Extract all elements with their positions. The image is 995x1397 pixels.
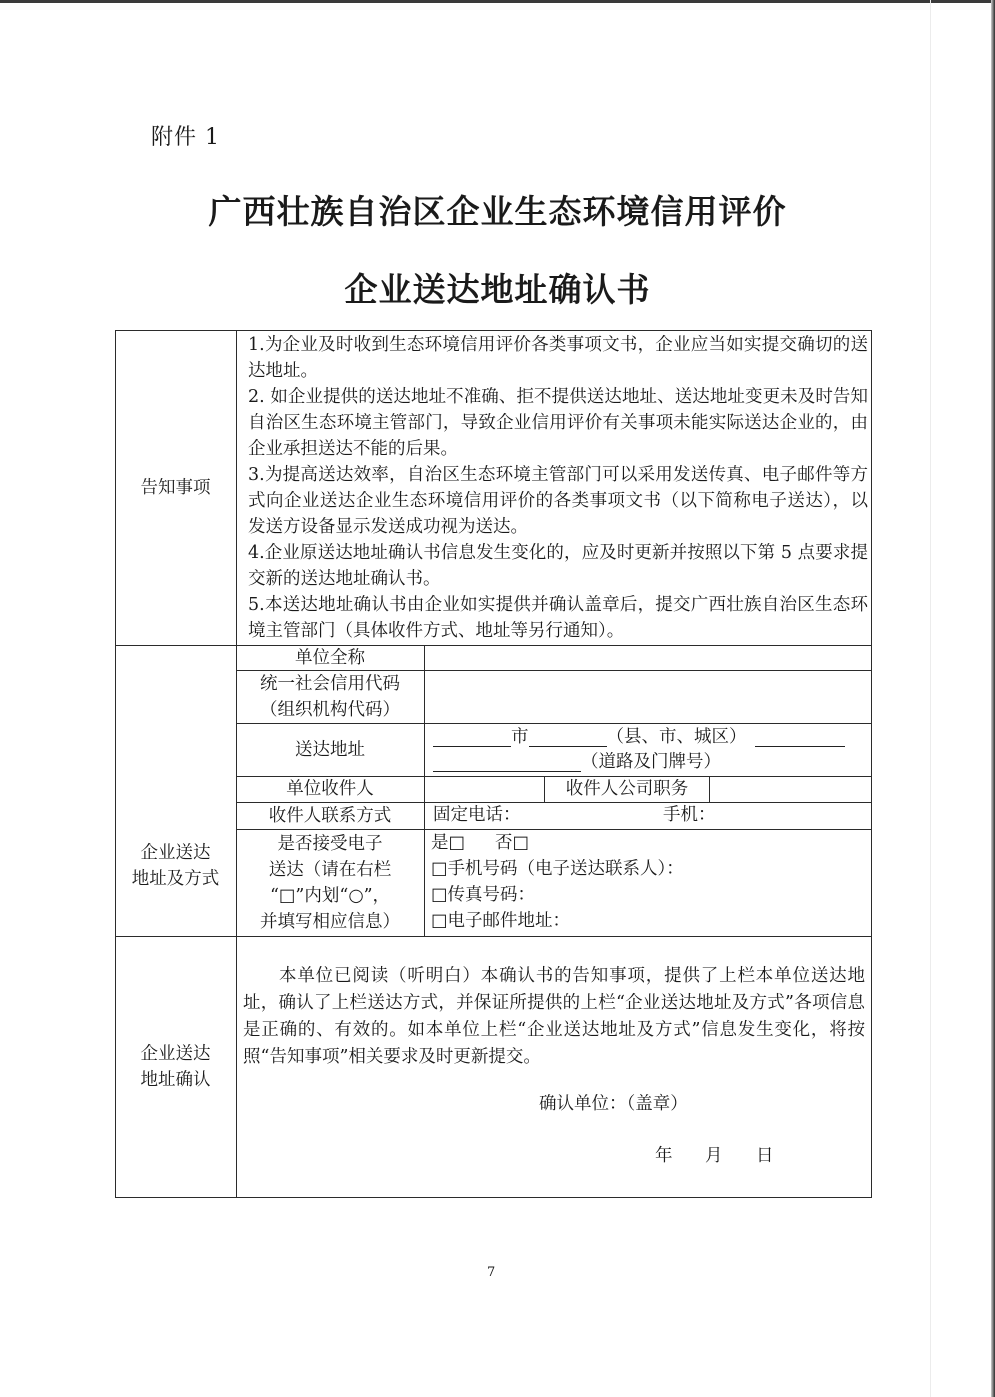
- unit-name-label: 单位全称: [236, 645, 424, 670]
- county-suffix: （县、市、城区）: [607, 727, 747, 747]
- address-section-label-line1: 企业送达: [141, 840, 211, 866]
- contact-label: 收件人联系方式: [236, 802, 424, 829]
- road-blank-2[interactable]: [433, 753, 581, 772]
- e-delivery-yes-checkbox[interactable]: 是□: [431, 833, 465, 853]
- notice-item: 4.企业原送达地址确认书信息发生变化的，应及时更新并按照以下第 5 点要求提交新…: [248, 540, 868, 592]
- city-suffix: 市: [511, 727, 529, 747]
- confirmation-paragraph: 本单位已阅读（听明白）本确认书的告知事项，提供了上栏本单位送达地址，确认了上栏送…: [243, 963, 865, 1071]
- e-delivery-label-line: 是否接受电子: [278, 831, 383, 857]
- landline-field[interactable]: 固定电话：: [433, 802, 521, 829]
- notice-item: 3.为提高送达效率，自治区生态环境主管部门可以采用发送传真、电子邮件等方式向企业…: [248, 462, 868, 540]
- road-blank-1[interactable]: [755, 728, 845, 747]
- page-number: 7: [487, 1265, 495, 1280]
- e-delivery-email-option[interactable]: □电子邮件地址：: [431, 908, 869, 934]
- address-section-label-line2: 地址及方式: [132, 866, 220, 892]
- notice-item: 5.本送达地址确认书由企业如实提供并确认盖章后，提交广西壮族自治区生态环境主管部…: [248, 592, 868, 644]
- delivery-address-field[interactable]: 市（县、市、城区） （道路及门牌号）: [433, 725, 869, 775]
- recipient-position-field[interactable]: [710, 777, 871, 802]
- date-day-label: 日: [756, 1143, 774, 1169]
- recipient-position-label: 收件人公司职务: [545, 776, 709, 802]
- recipient-field[interactable]: [425, 777, 544, 802]
- document-title-line2: 企业送达地址确认书: [0, 264, 995, 311]
- e-delivery-no-checkbox[interactable]: 否□: [495, 833, 529, 853]
- e-delivery-mobile-option[interactable]: □手机号码（电子送达联系人）：: [431, 856, 869, 882]
- credit-code-label-line2: （组织机构代码）: [260, 697, 400, 723]
- e-delivery-label-line: “□”内划“○”，: [270, 883, 390, 909]
- e-delivery-label-line: 送达（请在右栏: [269, 857, 392, 883]
- e-delivery-label: 是否接受电子 送达（请在右栏 “□”内划“○”， 并填写相应信息）: [236, 829, 424, 936]
- date-month-label: 月: [705, 1143, 723, 1169]
- document-title-line1: 广西壮族自治区企业生态环境信用评价: [0, 186, 995, 233]
- road-suffix: （道路及门牌号）: [581, 752, 721, 772]
- attachment-label: 附件 1: [151, 120, 220, 151]
- credit-code-label-line1: 统一社会信用代码: [260, 671, 400, 697]
- date-year-label: 年: [655, 1143, 673, 1169]
- address-section-label: 企业送达 地址及方式: [115, 645, 236, 936]
- confirmation-content: 本单位已阅读（听明白）本确认书的告知事项，提供了上栏本单位送达地址，确认了上栏送…: [115, 936, 872, 1198]
- credit-code-field[interactable]: [425, 671, 871, 723]
- notice-label: 告知事项: [115, 330, 236, 645]
- notice-item: 1.为企业及时收到生态环境信用评价各类事项文书，企业应当如实提交确切的送达地址。: [248, 332, 868, 384]
- scan-edge-top: [0, 0, 995, 3]
- confirmation-form-table: 告知事项 1.为企业及时收到生态环境信用评价各类事项文书，企业应当如实提交确切的…: [115, 330, 872, 1198]
- recipient-label: 单位收件人: [236, 776, 424, 802]
- e-delivery-fax-option[interactable]: □传真号码：: [431, 882, 869, 908]
- notice-content: 1.为企业及时收到生态环境信用评价各类事项文书，企业应当如实提交确切的送达地址。…: [248, 332, 868, 644]
- county-blank[interactable]: [529, 728, 607, 747]
- confirmation-sign-label: 确认单位：（盖章）: [539, 1091, 688, 1117]
- credit-code-label: 统一社会信用代码 （组织机构代码）: [236, 670, 424, 723]
- e-delivery-options: 是□否□ □手机号码（电子送达联系人）： □传真号码： □电子邮件地址：: [431, 830, 869, 934]
- city-blank[interactable]: [433, 728, 511, 747]
- unit-name-field[interactable]: [425, 646, 871, 670]
- notice-item: 2. 如企业提供的送达地址不准确、拒不提供送达地址、送达地址变更未及时告知自治区…: [248, 384, 868, 462]
- mobile-field[interactable]: 手机：: [663, 802, 716, 829]
- delivery-address-label: 送达地址: [236, 723, 424, 776]
- e-delivery-label-line: 并填写相应信息）: [260, 909, 400, 935]
